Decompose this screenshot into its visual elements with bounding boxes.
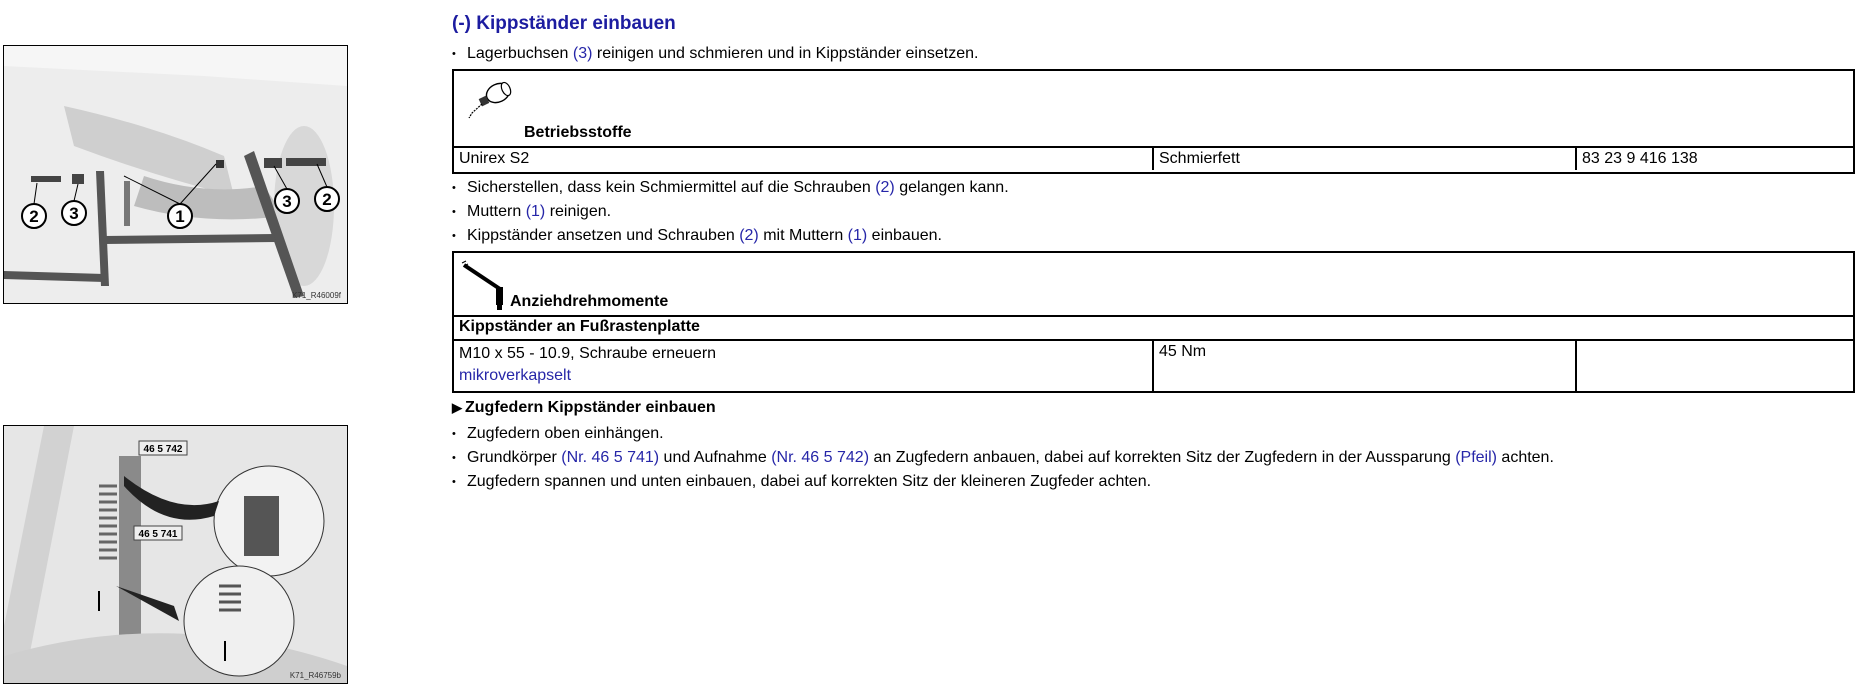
tool-link-465742[interactable]: (Nr. 46 5 742) (771, 449, 869, 466)
step-clean-nuts: •Muttern (1) reinigen. (452, 202, 611, 222)
consumables-title: Betriebsstoffe (524, 124, 632, 142)
consumable-name: Unirex S2 (454, 148, 1152, 170)
figure-zugfedern: 46 5 742 46 5 741 K71_R46759b (3, 425, 348, 684)
figure-caption: K71_R46009f (292, 291, 341, 300)
grease-gun-icon (466, 77, 516, 119)
consumable-part-number: 83 23 9 416 138 (1575, 148, 1853, 170)
step-tension-springs: •Zugfedern spannen und unten einbauen, d… (452, 472, 1151, 492)
torque-title: Anziehdrehmomente (510, 293, 668, 311)
bullet-icon: • (452, 202, 467, 222)
consumables-header: Betriebsstoffe (454, 71, 1853, 148)
svg-text:3: 3 (282, 192, 291, 211)
svg-text:3: 3 (69, 204, 78, 223)
ref-link-arrow[interactable]: (Pfeil) (1455, 449, 1497, 466)
consumables-row: Unirex S2 Schmierfett 83 23 9 416 138 (454, 148, 1853, 170)
ref-link-1[interactable]: (1) (848, 227, 868, 244)
svg-text:2: 2 (29, 207, 38, 226)
torque-row: M10 x 55 - 10.9, Schraube erneuern mikro… (454, 341, 1853, 391)
expand-triangle-icon[interactable]: ▶ (452, 400, 462, 415)
torque-spec: M10 x 55 - 10.9, Schraube erneuern (459, 343, 1147, 365)
figure-kippstaender-mounting: 23 132 K71_R46009f (3, 45, 348, 304)
bullet-icon: • (452, 448, 467, 468)
ref-link-3[interactable]: (3) (573, 45, 593, 62)
bullet-icon: • (452, 226, 467, 246)
bullet-icon: • (452, 44, 467, 64)
step-bushings: •Lagerbuchsen (3) reinigen und schmieren… (452, 44, 978, 64)
torque-spec-cell: M10 x 55 - 10.9, Schraube erneuern mikro… (454, 341, 1152, 391)
microencapsulated-link[interactable]: mikroverkapselt (459, 365, 1147, 387)
bullet-icon: • (452, 424, 467, 444)
zugfedern-illustration: 46 5 742 46 5 741 (4, 426, 347, 683)
consumable-type: Schmierfett (1152, 148, 1575, 170)
ref-link-2[interactable]: (2) (875, 179, 895, 196)
torque-group-row: Kippständer an Fußrastenplatte (454, 317, 1853, 341)
tool-label-465741: 46 5 741 (139, 529, 178, 540)
step-no-lubricant: •Sicherstellen, dass kein Schmiermittel … (452, 178, 1009, 198)
figure-caption: K71_R46759b (290, 671, 341, 680)
step-hook-springs: •Zugfedern oben einhängen. (452, 424, 664, 444)
ref-link-1[interactable]: (1) (526, 203, 546, 220)
page-title: (-) Kippständer einbauen (452, 13, 676, 35)
kippstaender-illustration: 23 132 (4, 46, 347, 303)
torque-table: Anziehdrehmomente Kippständer an Fußrast… (452, 251, 1855, 393)
torque-extra (1575, 341, 1853, 391)
step-attach-tools: •Grundkörper (Nr. 46 5 741) und Aufnahme… (452, 448, 1554, 468)
bullet-icon: • (452, 472, 467, 492)
step-install-stand: •Kippständer ansetzen und Schrauben (2) … (452, 226, 942, 246)
torque-wrench-icon (460, 259, 510, 311)
ref-link-2[interactable]: (2) (739, 227, 759, 244)
bullet-icon: • (452, 178, 467, 198)
torque-value: 45 Nm (1152, 341, 1575, 391)
consumables-table: Betriebsstoffe Unirex S2 Schmierfett 83 … (452, 69, 1855, 174)
section-zugfedern-toggle[interactable]: ▶Zugfedern Kippständer einbauen (452, 399, 716, 417)
svg-text:1: 1 (175, 207, 184, 226)
tool-label-465742: 46 5 742 (144, 444, 183, 455)
tool-link-465741[interactable]: (Nr. 46 5 741) (561, 449, 659, 466)
svg-text:2: 2 (322, 190, 331, 209)
torque-header: Anziehdrehmomente (454, 253, 1853, 317)
